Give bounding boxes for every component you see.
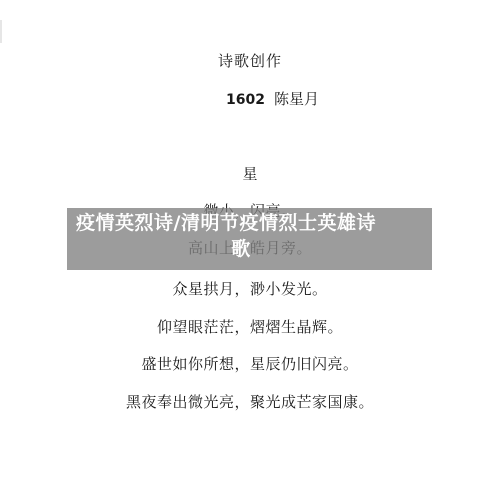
caption-line-1: 疫情英烈诗/清明节疫情烈士英雄诗 xyxy=(76,212,376,234)
author-line: 1602陈星月 xyxy=(226,88,319,109)
poem-line-4: 仰望眼茫茫，熠熠生晶辉。 xyxy=(0,316,500,337)
poem-title: 星 xyxy=(0,163,500,184)
left-edge-mark xyxy=(0,20,2,43)
poem-line-3: 众星拱月，渺小发光。 xyxy=(0,278,500,299)
author-name: 陈星月 xyxy=(274,90,319,108)
poem-line-6: 黑夜奉出微光亮，聚光成芒家国康。 xyxy=(0,391,500,412)
author-id: 1602 xyxy=(226,92,265,108)
caption-line-2: 歌 xyxy=(76,236,426,262)
document-heading: 诗歌创作 xyxy=(218,50,282,71)
caption-overlay-text: 疫情英烈诗/清明节疫情烈士英雄诗 歌 xyxy=(76,210,426,262)
poem-line-5: 盛世如你所想，星辰仍旧闪亮。 xyxy=(0,353,500,374)
